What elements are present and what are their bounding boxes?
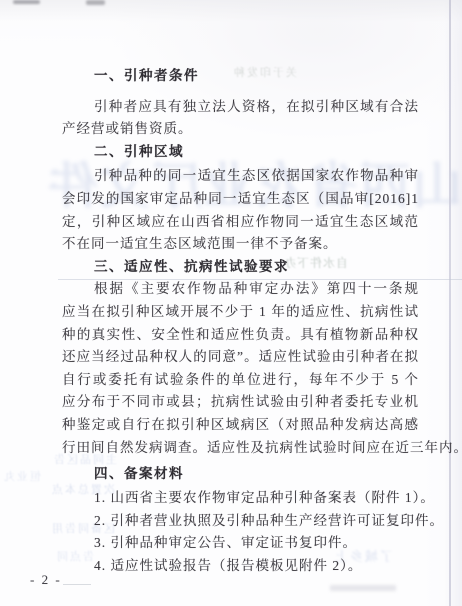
doc-line: 引种品种的同一适宜生态区依据国家农作物品种审定委员 (62, 165, 419, 188)
doc-line: 不在同一适宜生态区域范围一律不予备案。 (62, 233, 419, 256)
doc-line: 种的真实性、安全性和适应性负责。具有植物新品种权的品种， (62, 324, 419, 347)
section-heading: 三、适应性、抗病性试验要求 (62, 256, 419, 279)
page-edge-shadow (449, 0, 451, 606)
doc-line: 自行或委托有试验条件的单位进行，每年不少于 5 个点，试验点 (62, 369, 419, 392)
doc-list-item: 4. 适应性试验报告（报告模板见附件 2）。 (62, 555, 419, 578)
section-heading: 四、备案材料 (62, 463, 419, 486)
doc-line: 种鉴定或自行在拟引种区域病区（对照品种发病达高感级别）进 (62, 414, 419, 437)
scan-smudge (330, 585, 396, 591)
doc-line: 应当在拟引种区域开展不少于 1 年的适应性、抗病性试验，对品 (62, 301, 419, 324)
doc-line: 应分布于不同市或县；抗病性试验由引种者委托专业机构进行接 (62, 391, 419, 414)
doc-line: 还应当经过品种权人的同意”。适应性试验由引种者在拟引种区域 (62, 346, 419, 369)
scan-smudge (13, 0, 40, 4)
page-number: - 2 - (30, 572, 62, 588)
doc-line: 定，引种区域应在山西省相应作物同一适宜生态区域范围以内， (62, 211, 419, 234)
scanned-document-page: 山西省农业厅文件 关于印发种 自水件下办 主同品区告 恒业丸 次置总本点 区备同… (0, 0, 462, 606)
doc-line: 根据《主要农作物品种审定办法》第四十一条规定，“引种者 (62, 278, 419, 301)
doc-list-item: 3. 引种品种审定公告、审定证书复印件。 (62, 532, 419, 555)
bleedthrough-text: 恒业丸 (2, 468, 41, 484)
document-body: 一、引种者条件 引种者应具有独立法人资格，在拟引种区域有合法的种子生 产经营或销… (62, 65, 419, 578)
section-heading: 一、引种者条件 (62, 65, 419, 88)
scan-artifact-line (63, 584, 91, 585)
doc-list-item: 1. 山西省主要农作物审定品种引种备案表（附件 1）。 (62, 487, 419, 510)
doc-line: 产经营或销售资质。 (62, 118, 419, 141)
section-heading: 二、引种区域 (62, 141, 419, 164)
doc-line: 行田间自然发病调查。适应性及抗病性试验时间应在近三年内。 (62, 437, 419, 460)
doc-list-item: 2. 引种者营业执照及引种品种生产经营许可证复印件。 (62, 510, 419, 533)
doc-line: 会印发的国家审定品种同一适宜生态区（国品审[2016]1 号）确 (62, 188, 419, 211)
scan-smudge (86, 0, 105, 5)
doc-line: 引种者应具有独立法人资格，在拟引种区域有合法的种子生 (62, 96, 419, 119)
